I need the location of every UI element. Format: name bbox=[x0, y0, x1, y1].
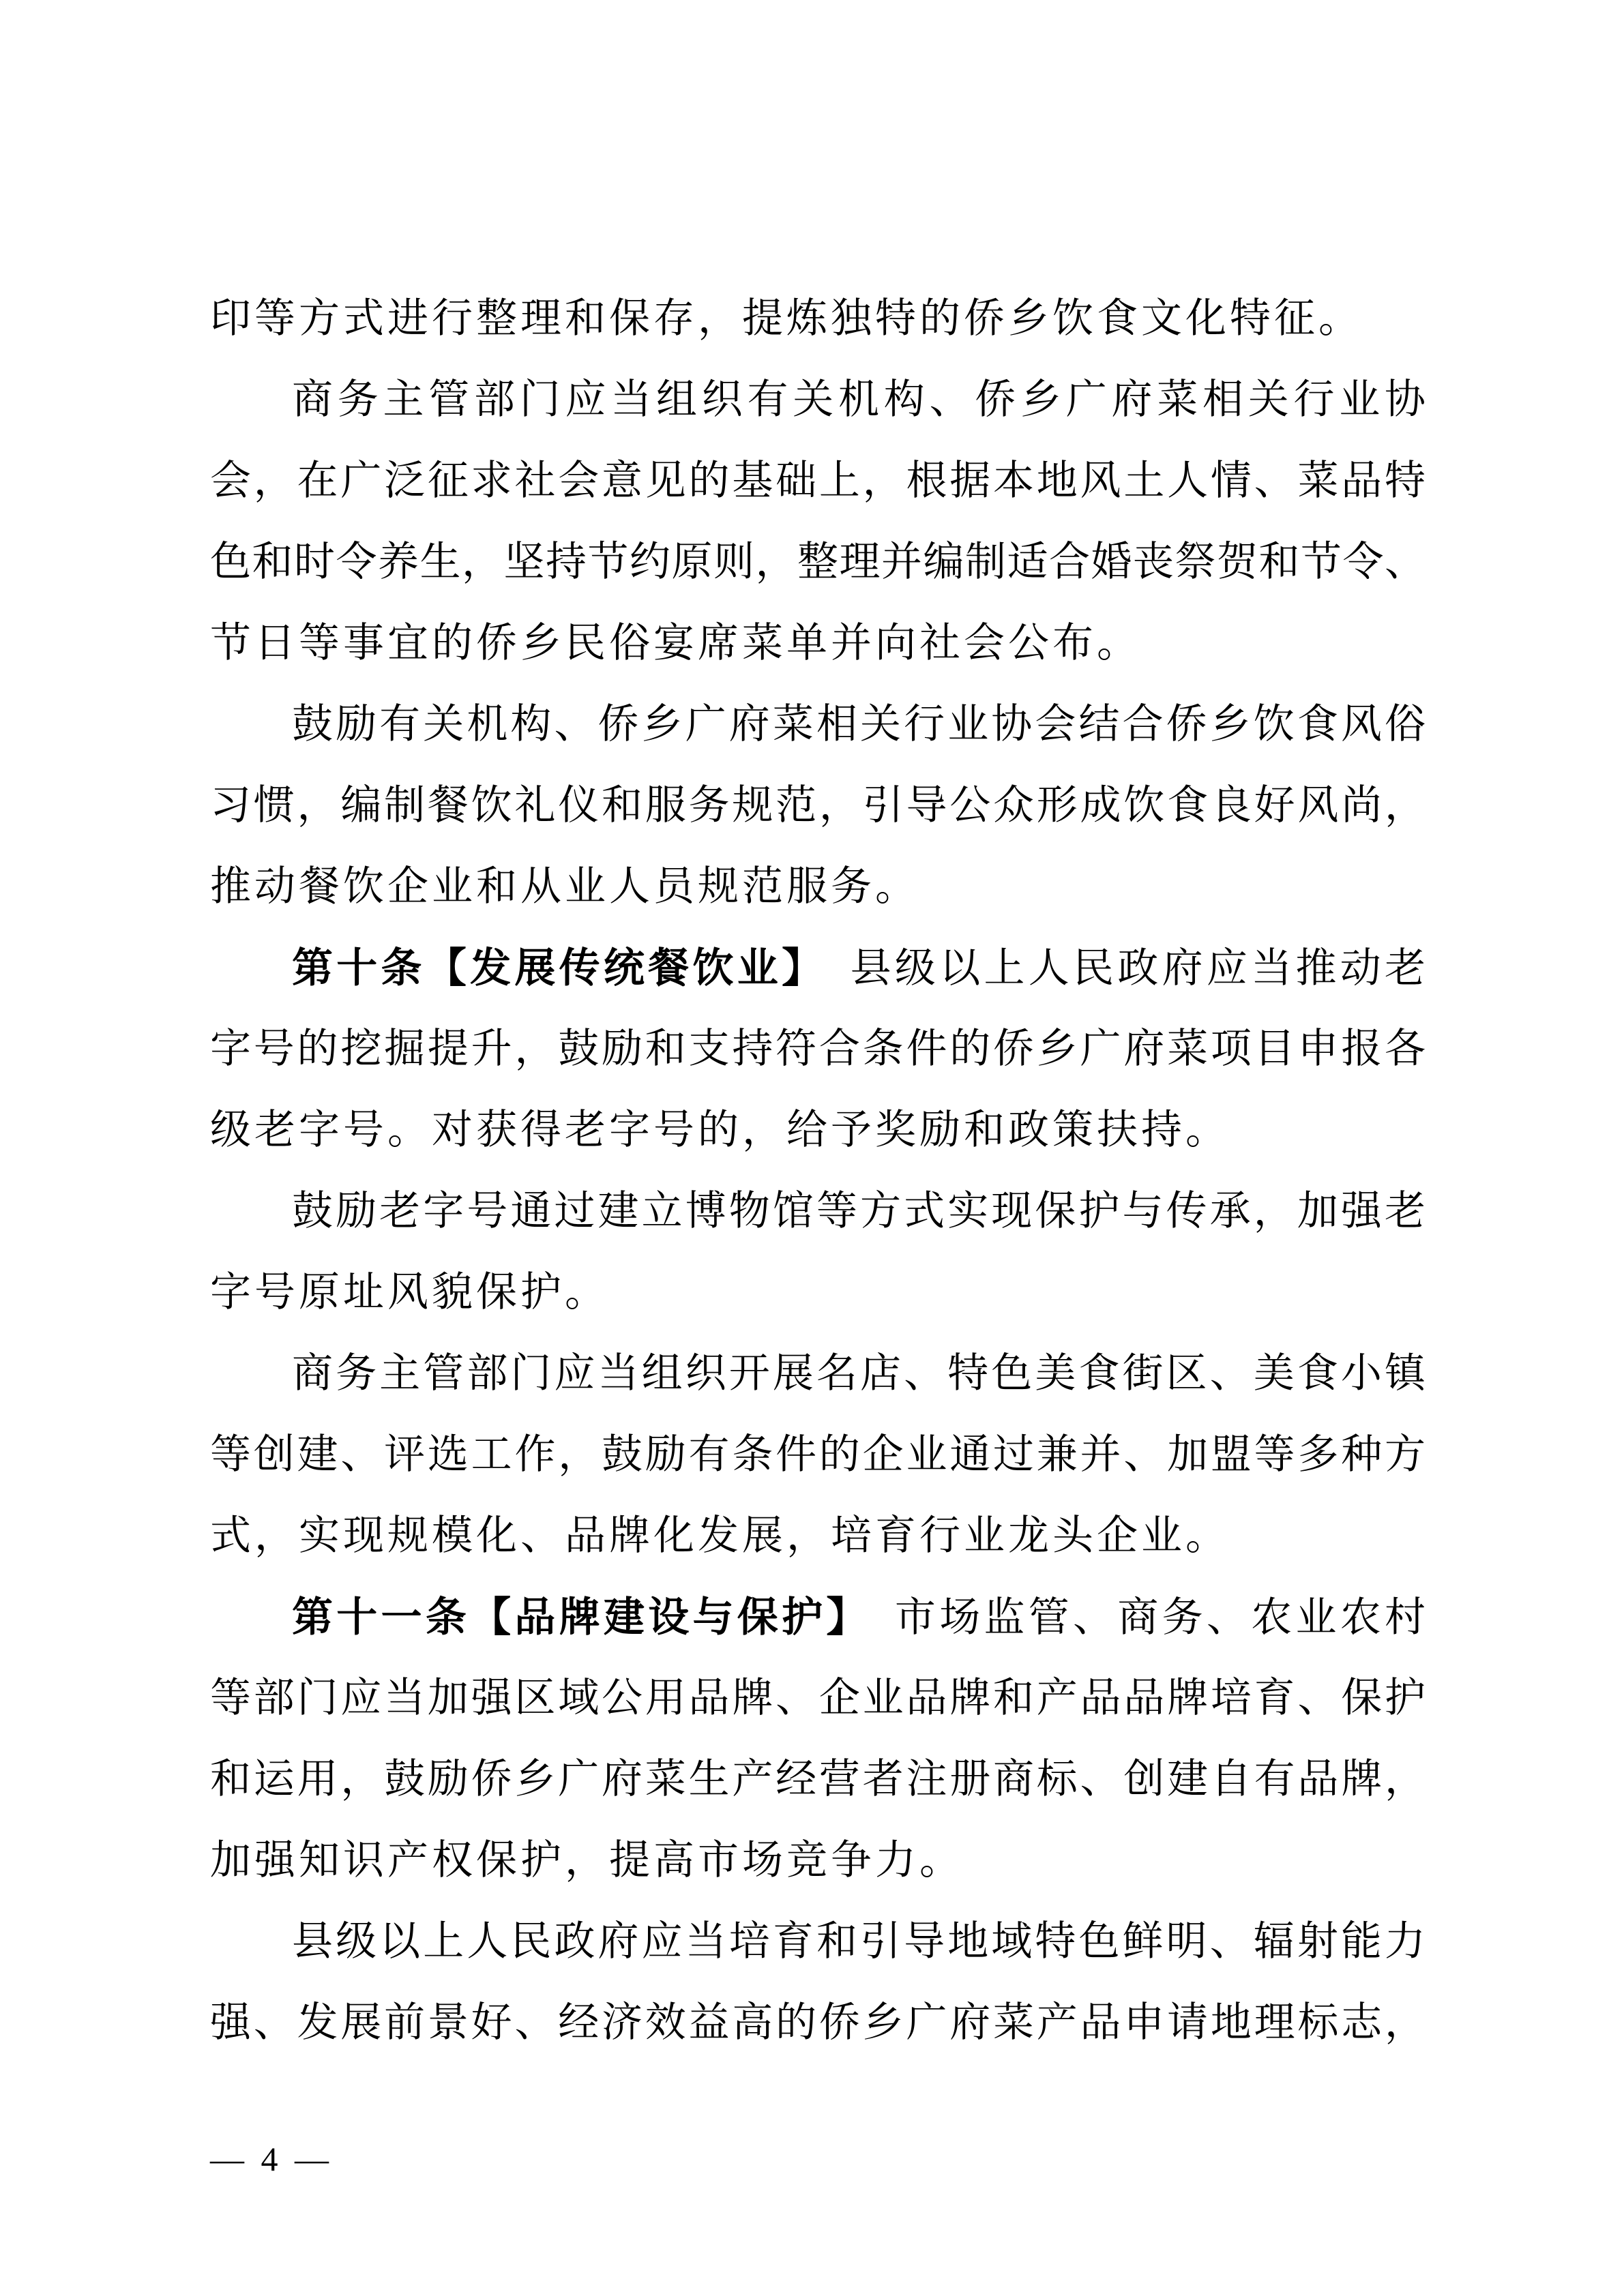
text-line: 级老字号。对获得老字号的，给予奖励和政策扶持。 bbox=[210, 1090, 1426, 1171]
text-line: 等创建、评选工作，鼓励有条件的企业通过兼并、加盟等多种方 bbox=[210, 1414, 1426, 1495]
article-heading: 第十条【发展传统餐饮业】 bbox=[292, 945, 806, 991]
text-line: 字号原址风貌保护。 bbox=[210, 1252, 1426, 1333]
text-line: 等部门应当加强区域公用品牌、企业品牌和产品品牌培育、保护 bbox=[210, 1658, 1426, 1739]
text-line: 色和时令养生，坚持节约原则，整理并编制适合婚丧祭贺和节令、 bbox=[210, 522, 1426, 603]
text-run: 强、发展前景好、经济效益高的侨乡广府菜产品申请地理标志， bbox=[210, 2000, 1426, 2045]
text-run: 节日等事宜的侨乡民俗宴席菜单并向社会公布。 bbox=[210, 621, 1141, 666]
text-run: 鼓励有关机构、侨乡广府菜相关行业协会结合侨乡饮食风俗 bbox=[292, 702, 1426, 747]
text-line: 和运用，鼓励侨乡广府菜生产经营者注册商标、创建自有品牌， bbox=[210, 1739, 1426, 1820]
text-line: 加强知识产权保护，提高市场竞争力。 bbox=[210, 1820, 1426, 1901]
document-body: 印等方式进行整理和保存，提炼独特的侨乡饮食文化特征。商务主管部门应当组织有关机构… bbox=[210, 278, 1426, 2063]
text-run: 县级以上人民政府应当推动老 bbox=[806, 946, 1426, 991]
page-number: — 4 — bbox=[210, 2138, 333, 2179]
text-run: 推动餐饮企业和从业人员规范服务。 bbox=[210, 864, 919, 909]
text-line: 会，在广泛征求社会意见的基础上，根据本地风土人情、菜品特 bbox=[210, 441, 1426, 522]
text-line: 节日等事宜的侨乡民俗宴席菜单并向社会公布。 bbox=[210, 603, 1426, 684]
text-line: 字号的挖掘提升，鼓励和支持符合条件的侨乡广府菜项目申报各 bbox=[210, 1009, 1426, 1090]
text-line: 习惯，编制餐饮礼仪和服务规范，引导公众形成饮食良好风尚， bbox=[210, 765, 1426, 846]
text-run: 印等方式进行整理和保存，提炼独特的侨乡饮食文化特征。 bbox=[210, 296, 1363, 341]
text-run: 等创建、评选工作，鼓励有条件的企业通过兼并、加盟等多种方 bbox=[210, 1432, 1426, 1477]
text-line: 第十条【发展传统餐饮业】 县级以上人民政府应当推动老 bbox=[210, 927, 1426, 1009]
text-line: 商务主管部门应当组织有关机构、侨乡广府菜相关行业协 bbox=[210, 359, 1426, 441]
text-run: 等部门应当加强区域公用品牌、企业品牌和产品品牌培育、保护 bbox=[210, 1675, 1426, 1720]
text-line: 强、发展前景好、经济效益高的侨乡广府菜产品申请地理标志， bbox=[210, 1982, 1426, 2063]
text-line: 第十一条【品牌建设与保护】 市场监管、商务、农业农村 bbox=[210, 1577, 1426, 1658]
text-line: 县级以上人民政府应当培育和引导地域特色鲜明、辐射能力 bbox=[210, 1901, 1426, 1982]
text-run: 级老字号。对获得老字号的，给予奖励和政策扶持。 bbox=[210, 1107, 1230, 1152]
text-line: 印等方式进行整理和保存，提炼独特的侨乡饮食文化特征。 bbox=[210, 278, 1426, 359]
text-run: 县级以上人民政府应当培育和引导地域特色鲜明、辐射能力 bbox=[292, 1919, 1426, 1964]
text-run: 色和时令养生，坚持节约原则，整理并编制适合婚丧祭贺和节令、 bbox=[210, 539, 1426, 584]
text-run: 会，在广泛征求社会意见的基础上，根据本地风土人情、菜品特 bbox=[210, 458, 1426, 503]
text-run: 商务主管部门应当组织开展名店、特色美食街区、美食小镇 bbox=[292, 1351, 1426, 1396]
text-line: 鼓励老字号通过建立博物馆等方式实现保护与传承，加强老 bbox=[210, 1171, 1426, 1252]
text-run: 式，实现规模化、品牌化发展，培育行业龙头企业。 bbox=[210, 1513, 1230, 1558]
text-run: 字号的挖掘提升，鼓励和支持符合条件的侨乡广府菜项目申报各 bbox=[210, 1026, 1426, 1071]
text-run: 字号原址风貌保护。 bbox=[210, 1270, 609, 1315]
text-line: 式，实现规模化、品牌化发展，培育行业龙头企业。 bbox=[210, 1495, 1426, 1577]
text-line: 商务主管部门应当组织开展名店、特色美食街区、美食小镇 bbox=[210, 1333, 1426, 1414]
text-run: 和运用，鼓励侨乡广府菜生产经营者注册商标、创建自有品牌， bbox=[210, 1757, 1426, 1802]
text-line: 鼓励有关机构、侨乡广府菜相关行业协会结合侨乡饮食风俗 bbox=[210, 684, 1426, 765]
text-line: 推动餐饮企业和从业人员规范服务。 bbox=[210, 846, 1426, 927]
article-heading: 第十一条【品牌建设与保护】 bbox=[292, 1594, 851, 1640]
text-run: 市场监管、商务、农业农村 bbox=[851, 1595, 1426, 1640]
text-run: 习惯，编制餐饮礼仪和服务规范，引导公众形成饮食良好风尚， bbox=[210, 783, 1426, 828]
text-run: 鼓励老字号通过建立博物馆等方式实现保护与传承，加强老 bbox=[292, 1189, 1426, 1234]
text-run: 加强知识产权保护，提高市场竞争力。 bbox=[210, 1838, 964, 1883]
document-page: 印等方式进行整理和保存，提炼独特的侨乡饮食文化特征。商务主管部门应当组织有关机构… bbox=[0, 0, 1624, 2296]
text-run: 商务主管部门应当组织有关机构、侨乡广府菜相关行业协 bbox=[292, 377, 1426, 422]
